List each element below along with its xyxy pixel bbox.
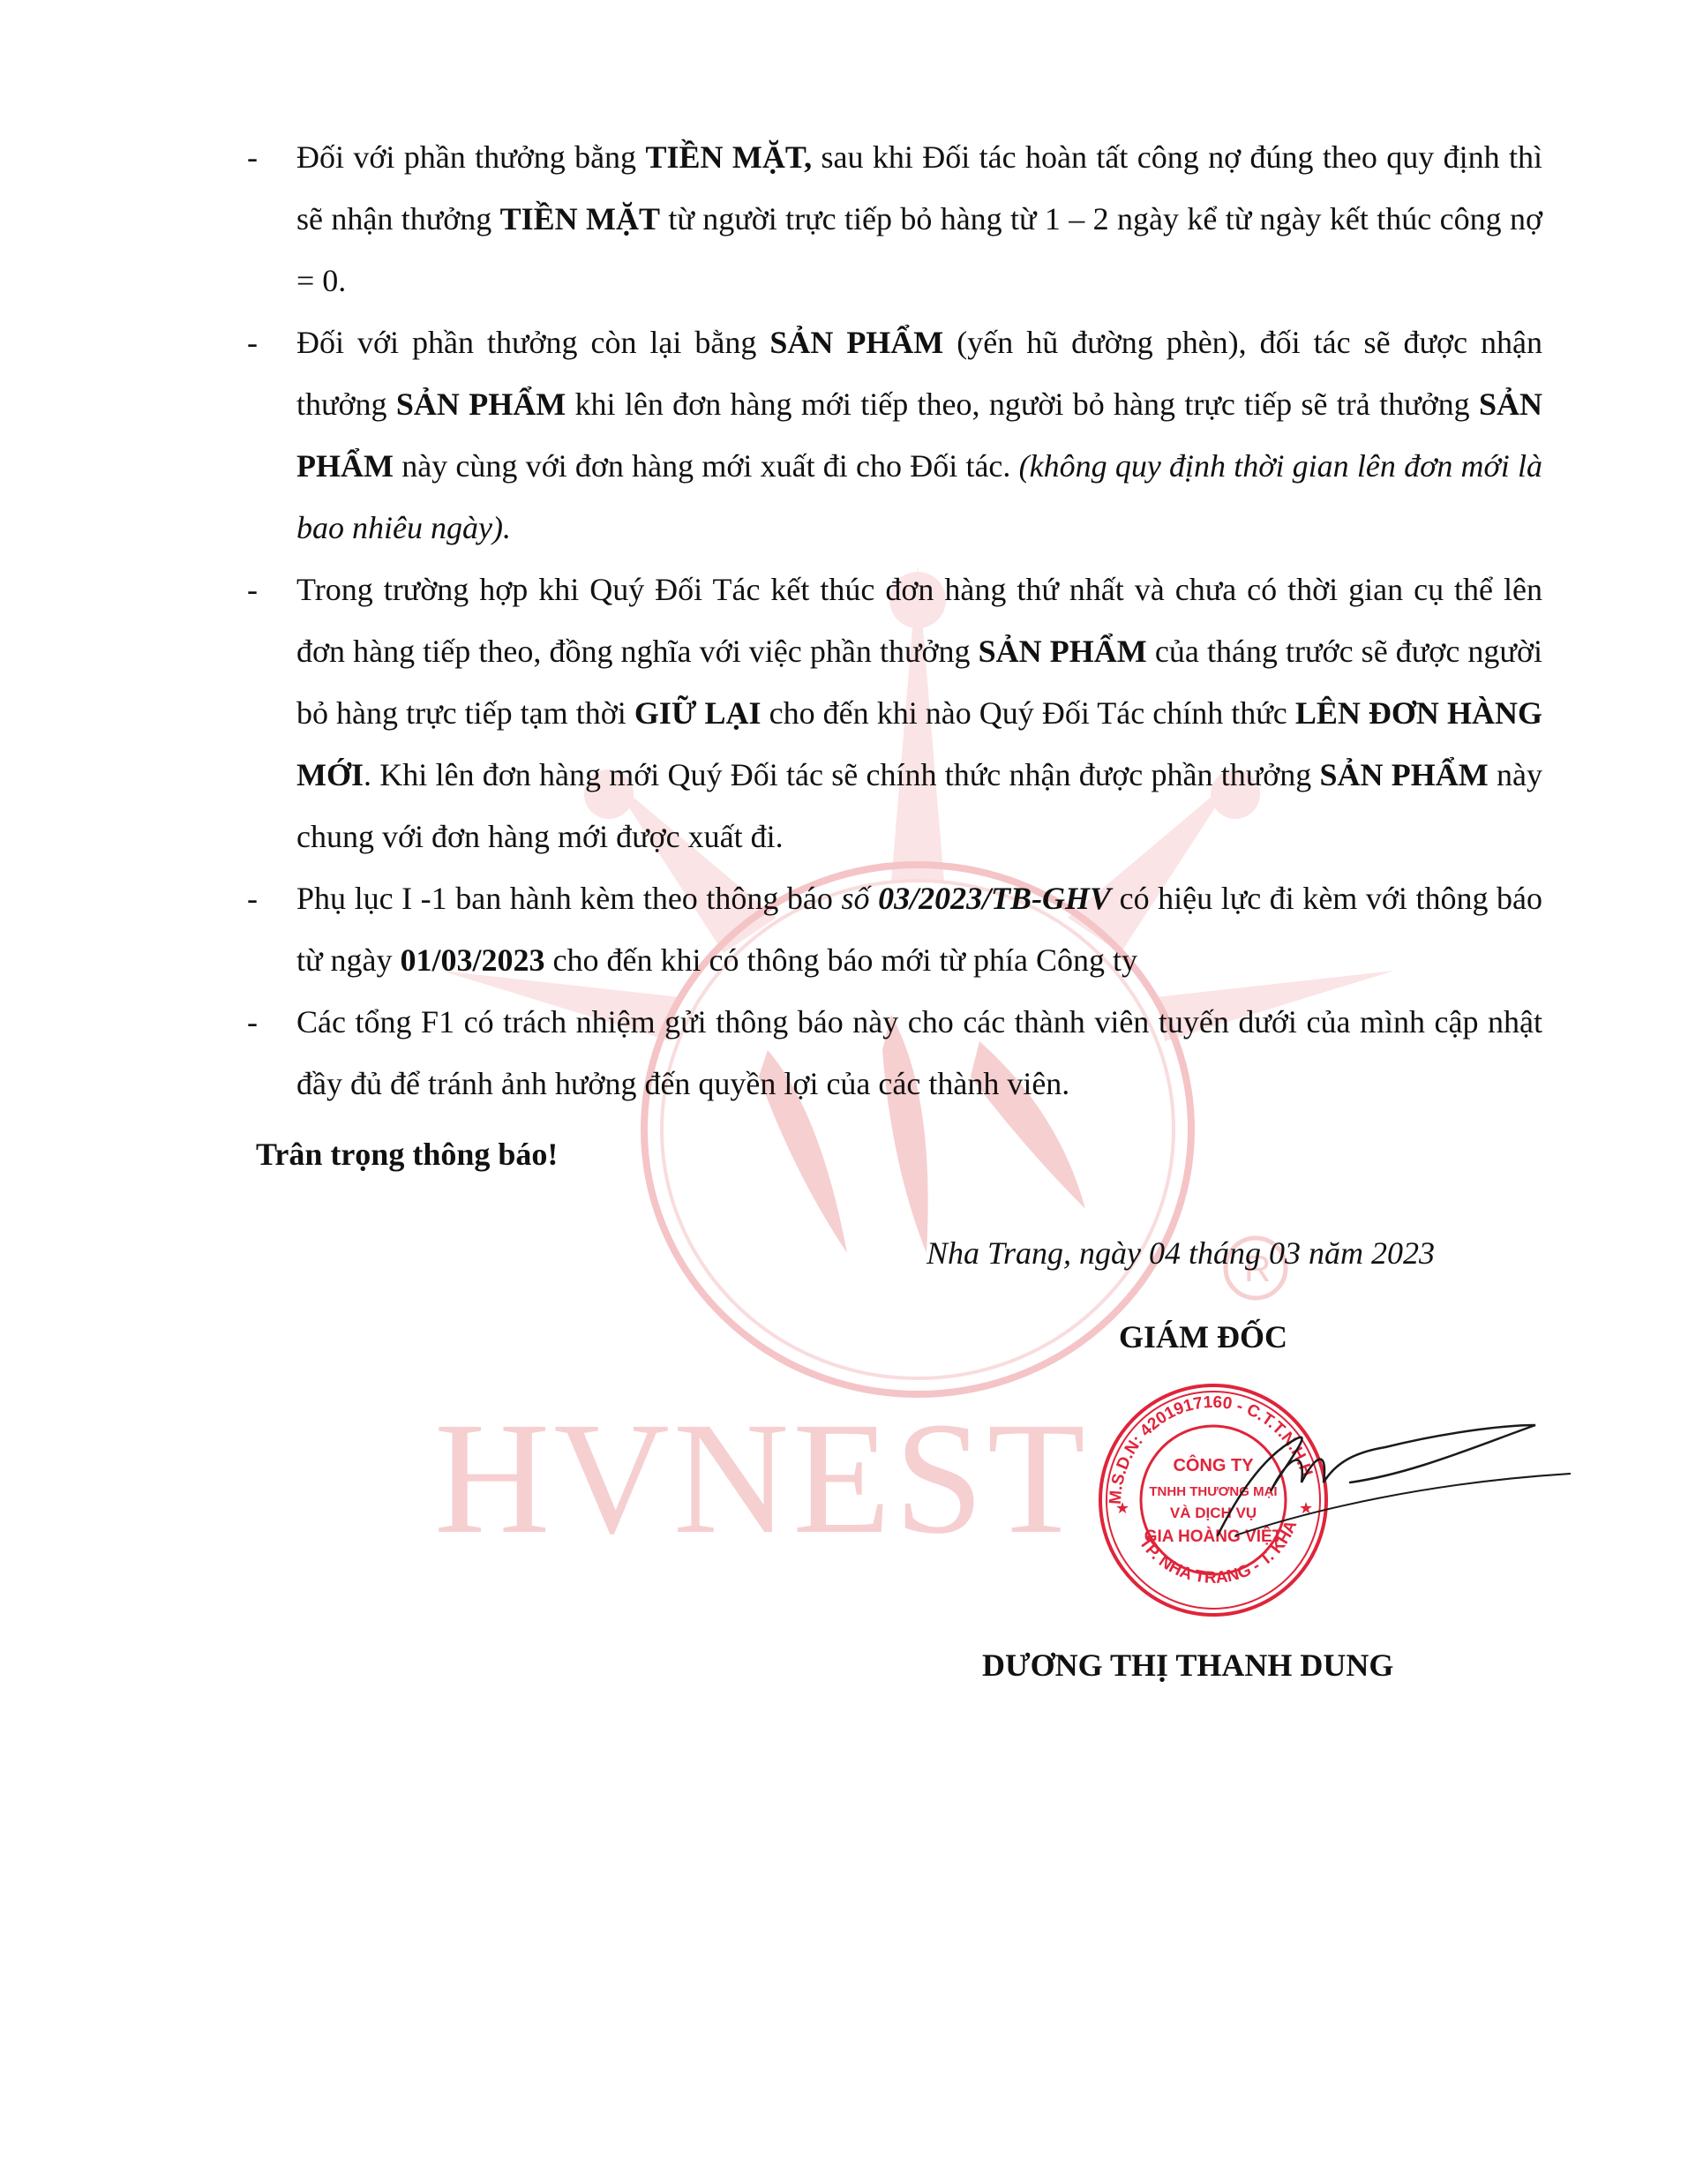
body-text: cho đến khi nào Quý Đối Tác chính thức xyxy=(761,695,1295,731)
body-text: cho đến khi có thông báo mới từ phía Côn… xyxy=(545,942,1137,978)
bullet-text: Các tổng F1 có trách nhiệm gửi thông báo… xyxy=(296,991,1542,1115)
bullet-item-f1-responsibility: - Các tổng F1 có trách nhiệm gửi thông b… xyxy=(247,991,1553,1115)
bullet-item-cash-reward: - Đối với phần thưởng bằng TIỀN MẶT, sau… xyxy=(247,126,1553,311)
bullet-dash: - xyxy=(247,559,258,620)
emphasis-text: SẢN PHẨM xyxy=(979,634,1147,669)
body-text: Đối với phần thưởng còn lại bằng xyxy=(296,325,769,360)
bullet-item-appendix-validity: - Phụ lục I -1 ban hành kèm theo thông b… xyxy=(247,867,1553,991)
emphasis-text: TIỀN MẶT, xyxy=(645,139,812,175)
emphasis-text: 03/2023/TB-GHV xyxy=(878,881,1111,916)
body-text: này cùng với đơn hàng mới xuất đi cho Đố… xyxy=(394,448,1019,484)
emphasis-text: SẢN PHẨM xyxy=(396,387,566,422)
emphasis-text: SẢN PHẨM xyxy=(769,325,943,360)
date-line: Nha Trang, ngày 04 tháng 03 năm 2023 xyxy=(927,1231,1435,1275)
bullet-text: Đối với phần thưởng còn lại bằng SẢN PHẨ… xyxy=(296,311,1542,559)
emphasis-text: số xyxy=(841,881,878,916)
bullet-dash: - xyxy=(247,991,258,1053)
bullet-dash: - xyxy=(247,311,258,373)
body-text: khi lên đơn hàng mới tiếp theo, người bỏ… xyxy=(566,387,1479,422)
bullet-item-product-reward: - Đối với phần thưởng còn lại bằng SẢN P… xyxy=(247,311,1553,559)
bullet-dash: - xyxy=(247,126,258,188)
signature-icon xyxy=(1182,1421,1571,1553)
emphasis-text: 01/03/2023 xyxy=(401,942,545,978)
bullet-dash: - xyxy=(247,867,258,929)
body-text: Phụ lục I -1 ban hành kèm theo thông báo xyxy=(296,881,841,916)
emphasis-text: GIỮ LẠI xyxy=(634,695,761,731)
svg-text:★: ★ xyxy=(1115,1499,1129,1517)
watermark-brand-text: HVNEST xyxy=(434,1399,1089,1559)
signatory-name: DƯƠNG THỊ THANH DUNG xyxy=(982,1643,1393,1687)
body-text: . Khi lên đơn hàng mới Quý Đối tác sẽ ch… xyxy=(364,757,1320,792)
body-text: Đối với phần thưởng bằng xyxy=(296,139,645,175)
bullet-text: Đối với phần thưởng bằng TIỀN MẶT, sau k… xyxy=(296,126,1542,311)
closing-remark: Trân trọng thông báo! xyxy=(256,1132,558,1176)
bullet-text: Phụ lục I -1 ban hành kèm theo thông báo… xyxy=(296,867,1542,991)
body-text: Các tổng F1 có trách nhiệm gửi thông báo… xyxy=(296,1004,1542,1101)
bullet-item-hold-reward: - Trong trường hợp khi Quý Đối Tác kết t… xyxy=(247,559,1553,867)
emphasis-text: SẢN PHẨM xyxy=(1320,757,1489,792)
bullet-text: Trong trường hợp khi Quý Đối Tác kết thú… xyxy=(296,559,1542,867)
emphasis-text: TIỀN MẶT xyxy=(500,201,660,236)
signatory-title: GIÁM ĐỐC xyxy=(1119,1315,1287,1359)
document-page: R HVNEST - Đối với phần thưởng bằng TIỀN… xyxy=(0,0,1688,2184)
